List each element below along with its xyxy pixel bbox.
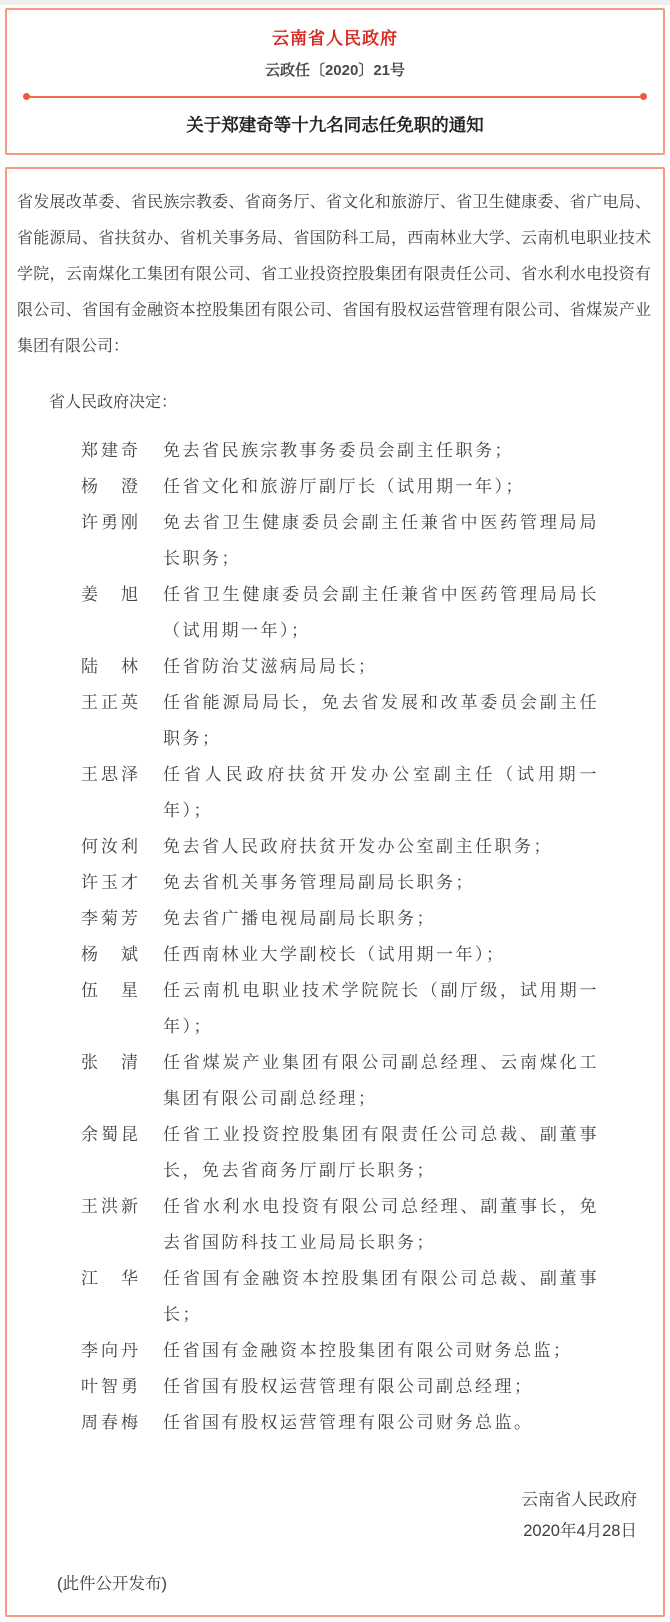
appointment-row: 张 清 任省煤炭产业集团有限公司副总经理、云南煤化工集团有限公司副总经理； bbox=[81, 1045, 599, 1117]
appointment-row: 郑建奇 免去省民族宗教事务委员会副主任职务； bbox=[81, 433, 599, 469]
appointment-action: 任省工业投资控股集团有限责任公司总裁、副董事长，免去省商务厅副厅长职务； bbox=[163, 1117, 599, 1189]
appointee-name: 王思泽 bbox=[81, 757, 141, 793]
signature-block: 云南省人民政府 2020年4月28日 bbox=[17, 1485, 651, 1547]
appointment-row: 王洪新 任省水利水电投资有限公司总经理、副董事长，免去省国防科技工业局局长职务； bbox=[81, 1189, 599, 1261]
recipients-paragraph: 省发展改革委、省民族宗教委、省商务厅、省文化和旅游厅、省卫生健康委、省广电局、省… bbox=[17, 185, 651, 365]
appointment-action: 任省国有金融资本控股集团有限公司财务总监； bbox=[163, 1333, 599, 1369]
appointment-list: 郑建奇 免去省民族宗教事务委员会副主任职务； 杨 澄 任省文化和旅游厅副厅长（试… bbox=[17, 433, 651, 1441]
document-body-card: 省发展改革委、省民族宗教委、省商务厅、省文化和旅游厅、省卫生健康委、省广电局、省… bbox=[5, 167, 665, 1617]
appointment-action: 免去省广播电视局副局长职务； bbox=[163, 901, 599, 937]
divider-left-dot bbox=[23, 93, 30, 100]
appointee-name: 周春梅 bbox=[81, 1405, 141, 1441]
appointee-name: 许玉才 bbox=[81, 865, 141, 901]
appointee-name: 余蜀昆 bbox=[81, 1117, 141, 1153]
appointment-row: 余蜀昆 任省工业投资控股集团有限责任公司总裁、副董事长，免去省商务厅副厅长职务； bbox=[81, 1117, 599, 1189]
appointment-action: 任省国有股权运营管理有限公司财务总监。 bbox=[163, 1405, 599, 1441]
appointment-row: 许玉才 免去省机关事务管理局副局长职务； bbox=[81, 865, 599, 901]
issuing-org-title: 云南省人民政府 bbox=[23, 27, 647, 51]
appointment-action: 任省煤炭产业集团有限公司副总经理、云南煤化工集团有限公司副总经理； bbox=[163, 1045, 599, 1117]
appointment-action: 任省防治艾滋病局局长； bbox=[163, 649, 599, 685]
appointee-name: 王正英 bbox=[81, 685, 141, 721]
appointment-action: 任省水利水电投资有限公司总经理、副董事长，免去省国防科技工业局局长职务； bbox=[163, 1189, 599, 1261]
divider-right-dot bbox=[640, 93, 647, 100]
notice-title: 关于郑建奇等十九名同志任免职的通知 bbox=[23, 113, 647, 137]
appointee-name: 杨 澄 bbox=[81, 469, 141, 505]
appointment-action: 免去省卫生健康委员会副主任兼省中医药管理局局长职务； bbox=[163, 505, 599, 577]
header-divider bbox=[23, 93, 647, 100]
appointee-name: 郑建奇 bbox=[81, 433, 141, 469]
appointee-name: 何汝利 bbox=[81, 829, 141, 865]
appointee-name: 李向丹 bbox=[81, 1333, 141, 1369]
appointment-action: 任省人民政府扶贫开发办公室副主任（试用期一年）； bbox=[163, 757, 599, 829]
appointment-row: 李菊芳 免去省广播电视局副局长职务； bbox=[81, 901, 599, 937]
page-top-strip bbox=[0, 0, 670, 5]
appointment-action: 任西南林业大学副校长（试用期一年）； bbox=[163, 937, 599, 973]
appointment-row: 伍 星 任云南机电职业技术学院院长（副厅级，试用期一年）； bbox=[81, 973, 599, 1045]
appointee-name: 许勇刚 bbox=[81, 505, 141, 541]
decision-intro: 省人民政府决定： bbox=[17, 385, 651, 421]
appointment-row: 王正英 任省能源局局长，免去省发展和改革委员会副主任职务； bbox=[81, 685, 599, 757]
document-number: 云政任〔2020〕21号 bbox=[23, 61, 647, 81]
appointee-name: 叶智勇 bbox=[81, 1369, 141, 1405]
appointee-name: 陆 林 bbox=[81, 649, 141, 685]
divider-line bbox=[30, 96, 640, 98]
appointment-row: 李向丹 任省国有金融资本控股集团有限公司财务总监； bbox=[81, 1333, 599, 1369]
appointment-row: 王思泽 任省人民政府扶贫开发办公室副主任（试用期一年）； bbox=[81, 757, 599, 829]
signature-org: 云南省人民政府 bbox=[17, 1485, 637, 1516]
appointee-name: 江 华 bbox=[81, 1261, 141, 1297]
appointment-row: 叶智勇 任省国有股权运营管理有限公司副总经理； bbox=[81, 1369, 599, 1405]
public-release-note: (此件公开发布) bbox=[57, 1573, 651, 1595]
appointee-name: 姜 旭 bbox=[81, 577, 141, 613]
appointment-row: 周春梅 任省国有股权运营管理有限公司财务总监。 bbox=[81, 1405, 599, 1441]
appointment-action: 免去省民族宗教事务委员会副主任职务； bbox=[163, 433, 599, 469]
appointment-action: 任省国有股权运营管理有限公司副总经理； bbox=[163, 1369, 599, 1405]
appointment-row: 杨 斌 任西南林业大学副校长（试用期一年）； bbox=[81, 937, 599, 973]
appointee-name: 伍 星 bbox=[81, 973, 141, 1009]
appointment-action: 任省卫生健康委员会副主任兼省中医药管理局局长（试用期一年）； bbox=[163, 577, 599, 649]
appointment-row: 陆 林 任省防治艾滋病局局长； bbox=[81, 649, 599, 685]
appointment-row: 杨 澄 任省文化和旅游厅副厅长（试用期一年）； bbox=[81, 469, 599, 505]
appointment-action: 免去省人民政府扶贫开发办公室副主任职务； bbox=[163, 829, 599, 865]
appointee-name: 王洪新 bbox=[81, 1189, 141, 1225]
appointment-row: 江 华 任省国有金融资本控股集团有限公司总裁、副董事长； bbox=[81, 1261, 599, 1333]
appointment-action: 免去省机关事务管理局副局长职务； bbox=[163, 865, 599, 901]
appointee-name: 杨 斌 bbox=[81, 937, 141, 973]
appointment-action: 任省文化和旅游厅副厅长（试用期一年）； bbox=[163, 469, 599, 505]
appointment-action: 任省能源局局长，免去省发展和改革委员会副主任职务； bbox=[163, 685, 599, 757]
appointment-action: 任云南机电职业技术学院院长（副厅级，试用期一年）； bbox=[163, 973, 599, 1045]
signature-date: 2020年4月28日 bbox=[17, 1516, 637, 1547]
appointment-row: 姜 旭 任省卫生健康委员会副主任兼省中医药管理局局长（试用期一年）； bbox=[81, 577, 599, 649]
appointment-row: 何汝利 免去省人民政府扶贫开发办公室副主任职务； bbox=[81, 829, 599, 865]
appointment-action: 任省国有金融资本控股集团有限公司总裁、副董事长； bbox=[163, 1261, 599, 1333]
appointment-row: 许勇刚 免去省卫生健康委员会副主任兼省中医药管理局局长职务； bbox=[81, 505, 599, 577]
appointee-name: 张 清 bbox=[81, 1045, 141, 1081]
document-header-card: 云南省人民政府 云政任〔2020〕21号 关于郑建奇等十九名同志任免职的通知 bbox=[5, 8, 665, 155]
appointee-name: 李菊芳 bbox=[81, 901, 141, 937]
